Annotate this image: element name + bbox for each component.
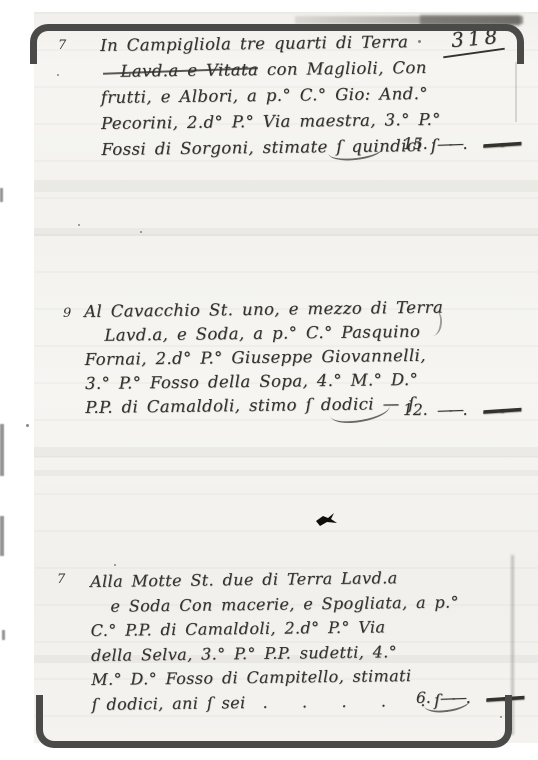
scan-frame-bottom xyxy=(36,695,512,748)
page-right-edge-shadow xyxy=(515,62,517,122)
ink-speck xyxy=(140,231,142,233)
amount-separator: . xyxy=(463,401,468,419)
amount-value: 12. xyxy=(403,401,428,419)
scan-edge-artifact xyxy=(0,516,4,556)
scan-frame-top xyxy=(30,24,524,64)
entry-2-text: Al Cavacchio St. uno, e mezzo di Terra L… xyxy=(84,296,445,420)
entry-1-amount: 15.——.—— xyxy=(403,134,508,153)
entry-3-marker: 7 xyxy=(57,572,65,587)
scan-edge-artifact xyxy=(0,188,3,202)
handwritten-line: P.P. di Camaldoli, stimo ſ dodici — ſ xyxy=(85,392,444,420)
amount-value: 15. xyxy=(403,135,428,153)
scan-edge-artifact xyxy=(2,630,5,640)
scan-edge-artifact xyxy=(0,424,4,476)
handwritten-line: e Soda Con macerie, e Spogliata, a p.° xyxy=(110,590,459,619)
handwritten-line: Fossi di Sorgoni, stimate ſ quindici ſ xyxy=(101,133,441,163)
ink-speck xyxy=(57,74,59,76)
entry-2-marker: 9 xyxy=(63,306,71,321)
amount-separator: . xyxy=(463,135,468,153)
ink-speck xyxy=(114,564,116,566)
entry-2-amount: 12.——.—— xyxy=(403,400,508,419)
paper-streak xyxy=(34,470,538,476)
paper-streak xyxy=(34,228,538,236)
scanned-manuscript-page: 318 7 In Campigliola tre quarti di Terra… xyxy=(0,0,538,760)
ink-speck xyxy=(78,224,80,226)
amount-dash: —— xyxy=(481,123,517,161)
paper-streak xyxy=(34,447,538,457)
ink-blot xyxy=(314,512,338,529)
amount-dash: —— xyxy=(436,135,460,154)
amount-dash: —— xyxy=(481,389,517,427)
amount-dash: —— xyxy=(436,401,460,420)
ink-speck xyxy=(26,424,29,427)
paper-streak xyxy=(34,180,538,192)
